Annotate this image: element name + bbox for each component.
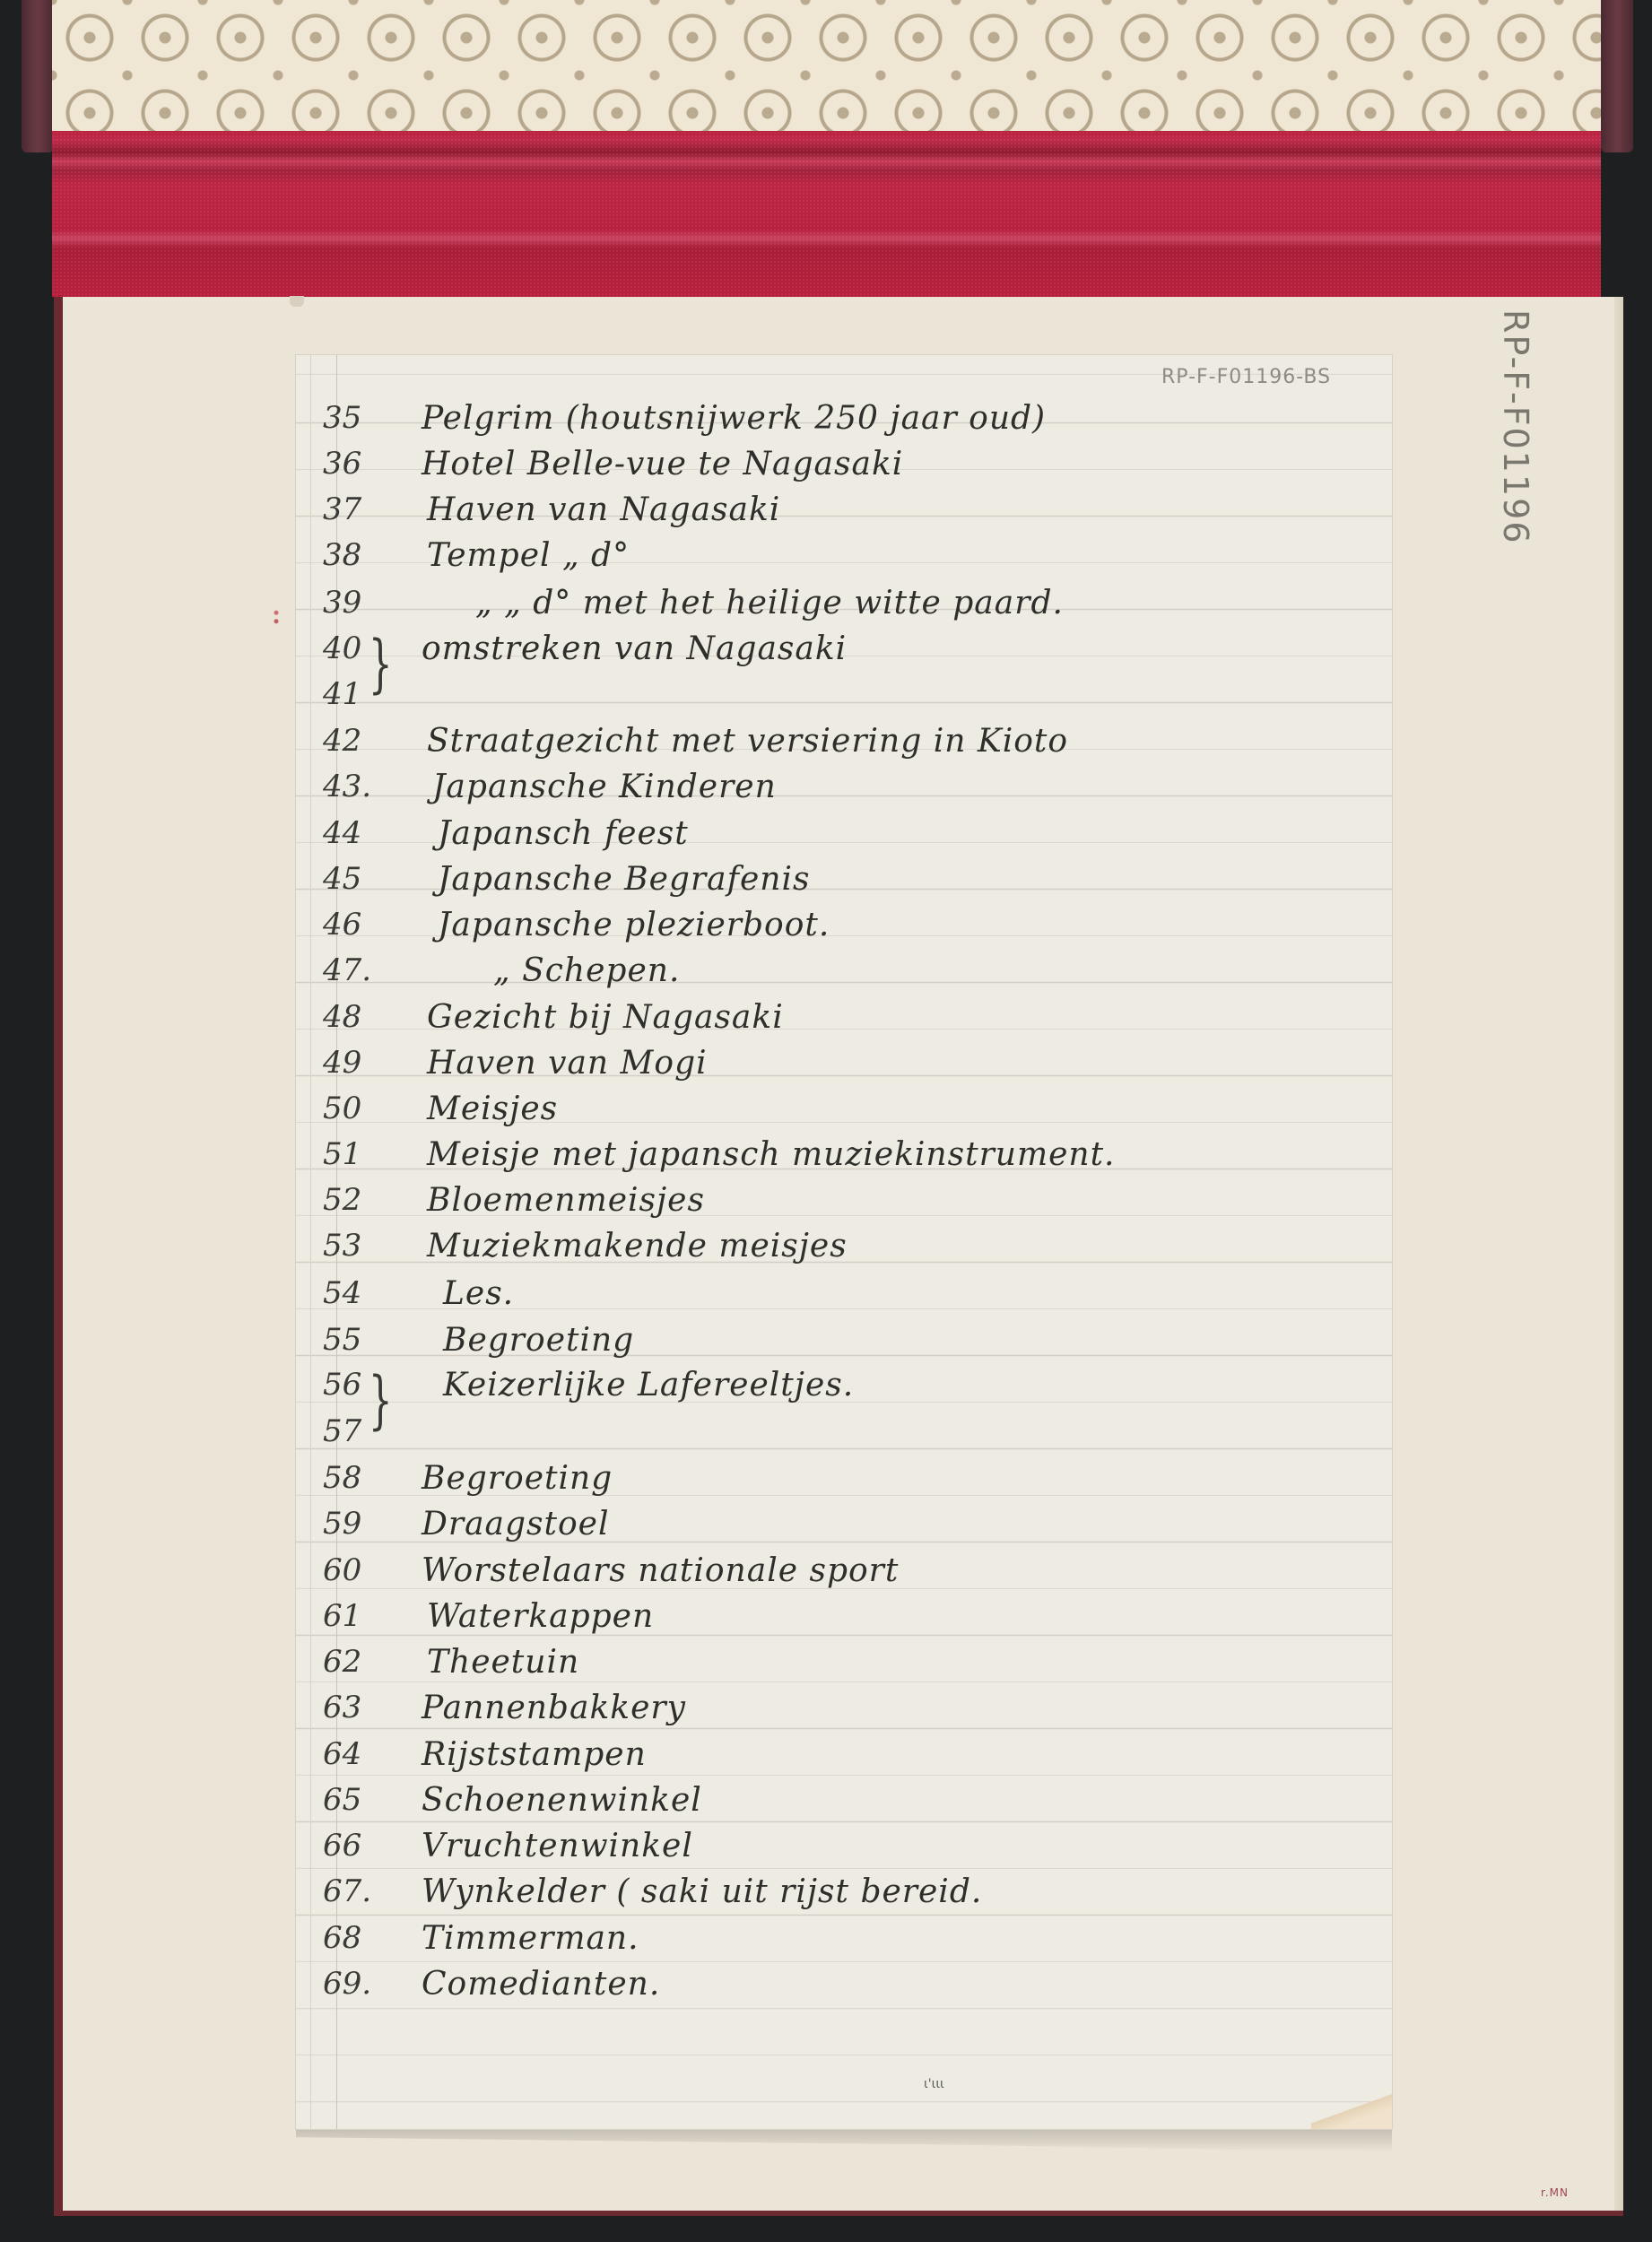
entry-number: 49	[323, 1045, 386, 1081]
caption-entry: 55Begroeting	[296, 1322, 1392, 1369]
entry-caption: Haven van Mogi	[427, 1045, 708, 1082]
entry-caption: Waterkappen	[427, 1598, 654, 1635]
entry-caption: Meisjes	[427, 1091, 558, 1127]
entry-number: 41	[323, 676, 386, 712]
caption-entry: 62Theetuin	[296, 1644, 1392, 1690]
album-spine-right	[1601, 0, 1633, 152]
entry-number: 50	[323, 1091, 386, 1126]
red-ink-spot	[274, 610, 279, 624]
entry-caption: Japansche Kinderen	[432, 769, 777, 805]
sheet-catalog-stamp: RP-F-F01196-BS	[1161, 366, 1331, 388]
caption-entry: 59Draagstoel	[296, 1506, 1392, 1552]
entry-caption: Timmerman.	[422, 1920, 639, 1957]
entry-caption: Vruchtenwinkel	[422, 1828, 693, 1864]
entry-number: 65	[323, 1782, 386, 1818]
caption-entry: 58Begroeting	[296, 1460, 1392, 1507]
entry-caption: Japansche Begrafenis	[438, 861, 810, 898]
stray-pencil-mark: ι'ιιι	[924, 2077, 944, 2091]
caption-entry: 50Meisjes	[296, 1091, 1392, 1137]
caption-entry: 53Muziekmakende meisjes	[296, 1228, 1392, 1274]
entry-number: 54	[323, 1275, 386, 1311]
entry-number: 62	[323, 1644, 386, 1680]
entry-number: 51	[323, 1136, 386, 1172]
caption-entry: 43.Japansche Kinderen	[296, 769, 1392, 815]
entry-number: 36	[323, 446, 386, 482]
entry-caption: „ „ d° met het heilige witte paard.	[475, 585, 1064, 621]
entry-number: 52	[323, 1182, 386, 1218]
entry-caption: Comedianten.	[422, 1966, 660, 2003]
entry-caption: Haven van Nagasaki	[427, 491, 780, 528]
entry-number: 58	[323, 1460, 386, 1496]
caption-entry: 51Meisje met japansch muziekinstrument.	[296, 1136, 1392, 1183]
entry-number: 55	[323, 1322, 386, 1358]
entry-caption: omstreken van Nagasaki	[422, 630, 847, 667]
entry-number: 64	[323, 1736, 386, 1772]
entry-caption: Muziekmakende meisjes	[427, 1228, 848, 1264]
entry-caption: Les.	[443, 1275, 514, 1312]
entry-number: 42	[323, 723, 386, 759]
caption-entry: 69.Comedianten.	[296, 1966, 1392, 2012]
red-cloth-hinge	[52, 131, 1601, 297]
caption-entry: 66Vruchtenwinkel	[296, 1828, 1392, 1874]
caption-entry: 54Les.	[296, 1275, 1392, 1322]
entry-caption: Gezicht bij Nagasaki	[427, 999, 784, 1036]
caption-entry: 56Keizerlijke Lafereeltjes.}	[296, 1367, 1392, 1413]
entry-number: 35	[323, 400, 386, 436]
entry-caption: Japansche plezierboot.	[438, 907, 830, 943]
entry-caption: Schoenenwinkel	[422, 1782, 702, 1819]
entry-number: 61	[323, 1598, 386, 1634]
inserted-caption-sheet: RP-F-F01196-BS 35Pelgrim (houtsnijwerk 2…	[296, 355, 1392, 2129]
entry-caption: Japansch feest	[438, 815, 689, 852]
caption-entry: 42Straatgezicht met versiering in Kioto	[296, 723, 1392, 769]
entry-number: 43.	[323, 769, 386, 804]
caption-entry: 48Gezicht bij Nagasaki	[296, 999, 1392, 1046]
album-spine-left	[22, 0, 54, 152]
entry-caption: Begroeting	[422, 1460, 613, 1497]
caption-entry: 46Japansche plezierboot.	[296, 907, 1392, 953]
entry-caption: Bloemenmeisjes	[427, 1182, 705, 1219]
entry-number: 66	[323, 1828, 386, 1864]
entry-caption: Rijststampen	[422, 1736, 647, 1773]
entry-number: 45	[323, 861, 386, 897]
entry-number: 47.	[323, 952, 386, 988]
entry-number: 67.	[323, 1873, 386, 1909]
caption-entry: 44Japansch feest	[296, 815, 1392, 862]
entry-caption: Pannenbakkery	[422, 1690, 686, 1726]
page-damage-mark	[290, 296, 304, 307]
entry-number: 37	[323, 491, 386, 527]
caption-entry: 37Haven van Nagasaki	[296, 491, 1392, 538]
entry-number: 53	[323, 1228, 386, 1264]
caption-entry: 60Worstelaars nationale sport	[296, 1552, 1392, 1599]
sheet-corner-fold	[1311, 2088, 1392, 2129]
entry-caption: Keizerlijke Lafereeltjes.	[443, 1367, 854, 1403]
caption-entry: 68Timmerman.	[296, 1920, 1392, 1967]
entry-caption: Begroeting	[443, 1322, 634, 1359]
entry-number: 69.	[323, 1966, 386, 2002]
caption-entry: 41	[296, 676, 1392, 723]
entry-caption: Straatgezicht met versiering in Kioto	[427, 723, 1068, 760]
caption-entry: 40omstreken van Nagasaki}	[296, 630, 1392, 677]
caption-entry: 38Tempel „ d°	[296, 537, 1392, 584]
caption-entry: 61Waterkappen	[296, 1598, 1392, 1645]
entry-number: 59	[323, 1506, 386, 1542]
entry-caption: Pelgrim (houtsnijwerk 250 jaar oud)	[422, 400, 1046, 437]
caption-entry: 67.Wynkelder ( saki uit rijst bereid.	[296, 1873, 1392, 1920]
entry-number: 63	[323, 1690, 386, 1725]
entry-caption: Wynkelder ( saki uit rijst bereid.	[422, 1873, 982, 1910]
decorative-endpaper-pattern	[52, 0, 1601, 131]
caption-entry: 65Schoenenwinkel	[296, 1782, 1392, 1829]
entry-caption: „ Schepen.	[493, 952, 680, 989]
entry-number: 44	[323, 815, 386, 851]
caption-entry: 35Pelgrim (houtsnijwerk 250 jaar oud)	[296, 400, 1392, 447]
entry-caption: Draagstoel	[422, 1506, 609, 1542]
caption-entry: 57	[296, 1413, 1392, 1460]
caption-entry: 36Hotel Belle-vue te Nagasaki	[296, 446, 1392, 492]
entry-number: 46	[323, 907, 386, 943]
entry-number: 57	[323, 1413, 386, 1449]
entry-number: 48	[323, 999, 386, 1035]
caption-entry: 52Bloemenmeisjes	[296, 1182, 1392, 1229]
entry-caption: Worstelaars nationale sport	[422, 1552, 899, 1589]
caption-entry: 47.„ Schepen.	[296, 952, 1392, 999]
entry-number: 60	[323, 1552, 386, 1588]
margin-catalog-id: RP-F-F01196	[1496, 309, 1535, 545]
entry-number: 68	[323, 1920, 386, 1956]
caption-entry: 64Rijststampen	[296, 1736, 1392, 1783]
caption-entry: 39„ „ d° met het heilige witte paard.	[296, 585, 1392, 631]
entry-number: 38	[323, 537, 386, 573]
bottom-corner-mark: r.MN	[1541, 2186, 1569, 2199]
caption-entry: 45Japansche Begrafenis	[296, 861, 1392, 908]
caption-entry: 49Haven van Mogi	[296, 1045, 1392, 1091]
entry-caption: Tempel „ d°	[427, 537, 630, 574]
entry-caption: Theetuin	[427, 1644, 579, 1681]
entry-number: 39	[323, 585, 386, 621]
entry-caption: Hotel Belle-vue te Nagasaki	[422, 446, 903, 482]
entry-caption: Meisje met japansch muziekinstrument.	[427, 1136, 1116, 1173]
caption-entry: 63Pannenbakkery	[296, 1690, 1392, 1736]
